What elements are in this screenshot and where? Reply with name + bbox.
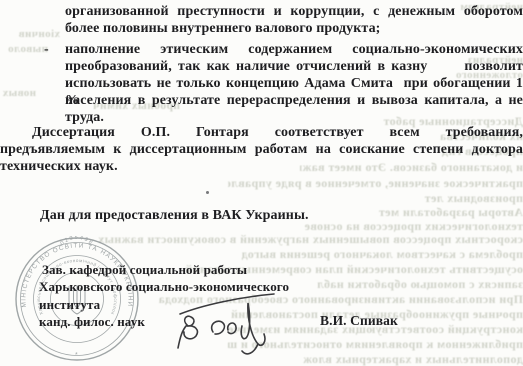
scan-speck (206, 191, 209, 194)
body-line-10: технических наук. (0, 158, 118, 175)
bleedthrough-line-3: пыволо (0, 42, 48, 56)
bleedthrough-line-14: Авторы разработали мет (328, 205, 523, 219)
signature-letter-c (212, 321, 225, 334)
body-line-4: преобразований, так как наличие отчислен… (65, 58, 523, 75)
signature (168, 286, 303, 366)
signature-title-line-3: института (39, 296, 100, 313)
body-line-1: организованной преступности и коррупции,… (65, 3, 523, 20)
bleedthrough-line-2: хіончив (0, 27, 60, 41)
stamp-bottom-mark: * (75, 352, 78, 359)
body-line-3: наполнение этическим содержанием социаль… (65, 41, 523, 58)
bleedthrough-line-13: производных лет (228, 191, 523, 205)
signature-letter-i (228, 323, 236, 334)
bleedthrough-line-12: практическое значение, отмеченное в ряде… (228, 176, 523, 190)
signature-flourish-stroke (180, 294, 274, 314)
bleedthrough-line-11: и докатанного базисов. Это имеет важное (300, 160, 523, 174)
signature-title-line-1: Зав. кафедрой социальной работы (42, 261, 247, 278)
document-page: нейтрализмхіончивпыволонейтрализотложенн… (0, 0, 523, 366)
bleedthrough-line-6: новых (0, 86, 36, 100)
vak-line: Дан для предоставления в ВАК Украины. (40, 207, 309, 224)
signature-letter-l (241, 303, 265, 345)
signature-letter-v (178, 316, 197, 348)
body-line-2: более половины внутреннего валового прод… (65, 20, 380, 37)
bleedthrough-line-17: проблема с качеством локачного решения в… (148, 247, 523, 261)
bleedthrough-line-15: технологических процессов на основе (298, 219, 523, 233)
signature-title-line-4: канд. филос. наук (39, 313, 145, 330)
body-line-9: предъявляемым к диссертационным работам … (0, 141, 523, 158)
bullet-dash: - (44, 41, 49, 58)
signer-name: В.И. Спивак (320, 312, 398, 329)
body-line-8: Диссертация О.П. Гонтаря соответствует в… (32, 124, 523, 141)
body-line-6: населения в результате перераспределения… (65, 92, 523, 109)
signature-descender (242, 344, 258, 354)
